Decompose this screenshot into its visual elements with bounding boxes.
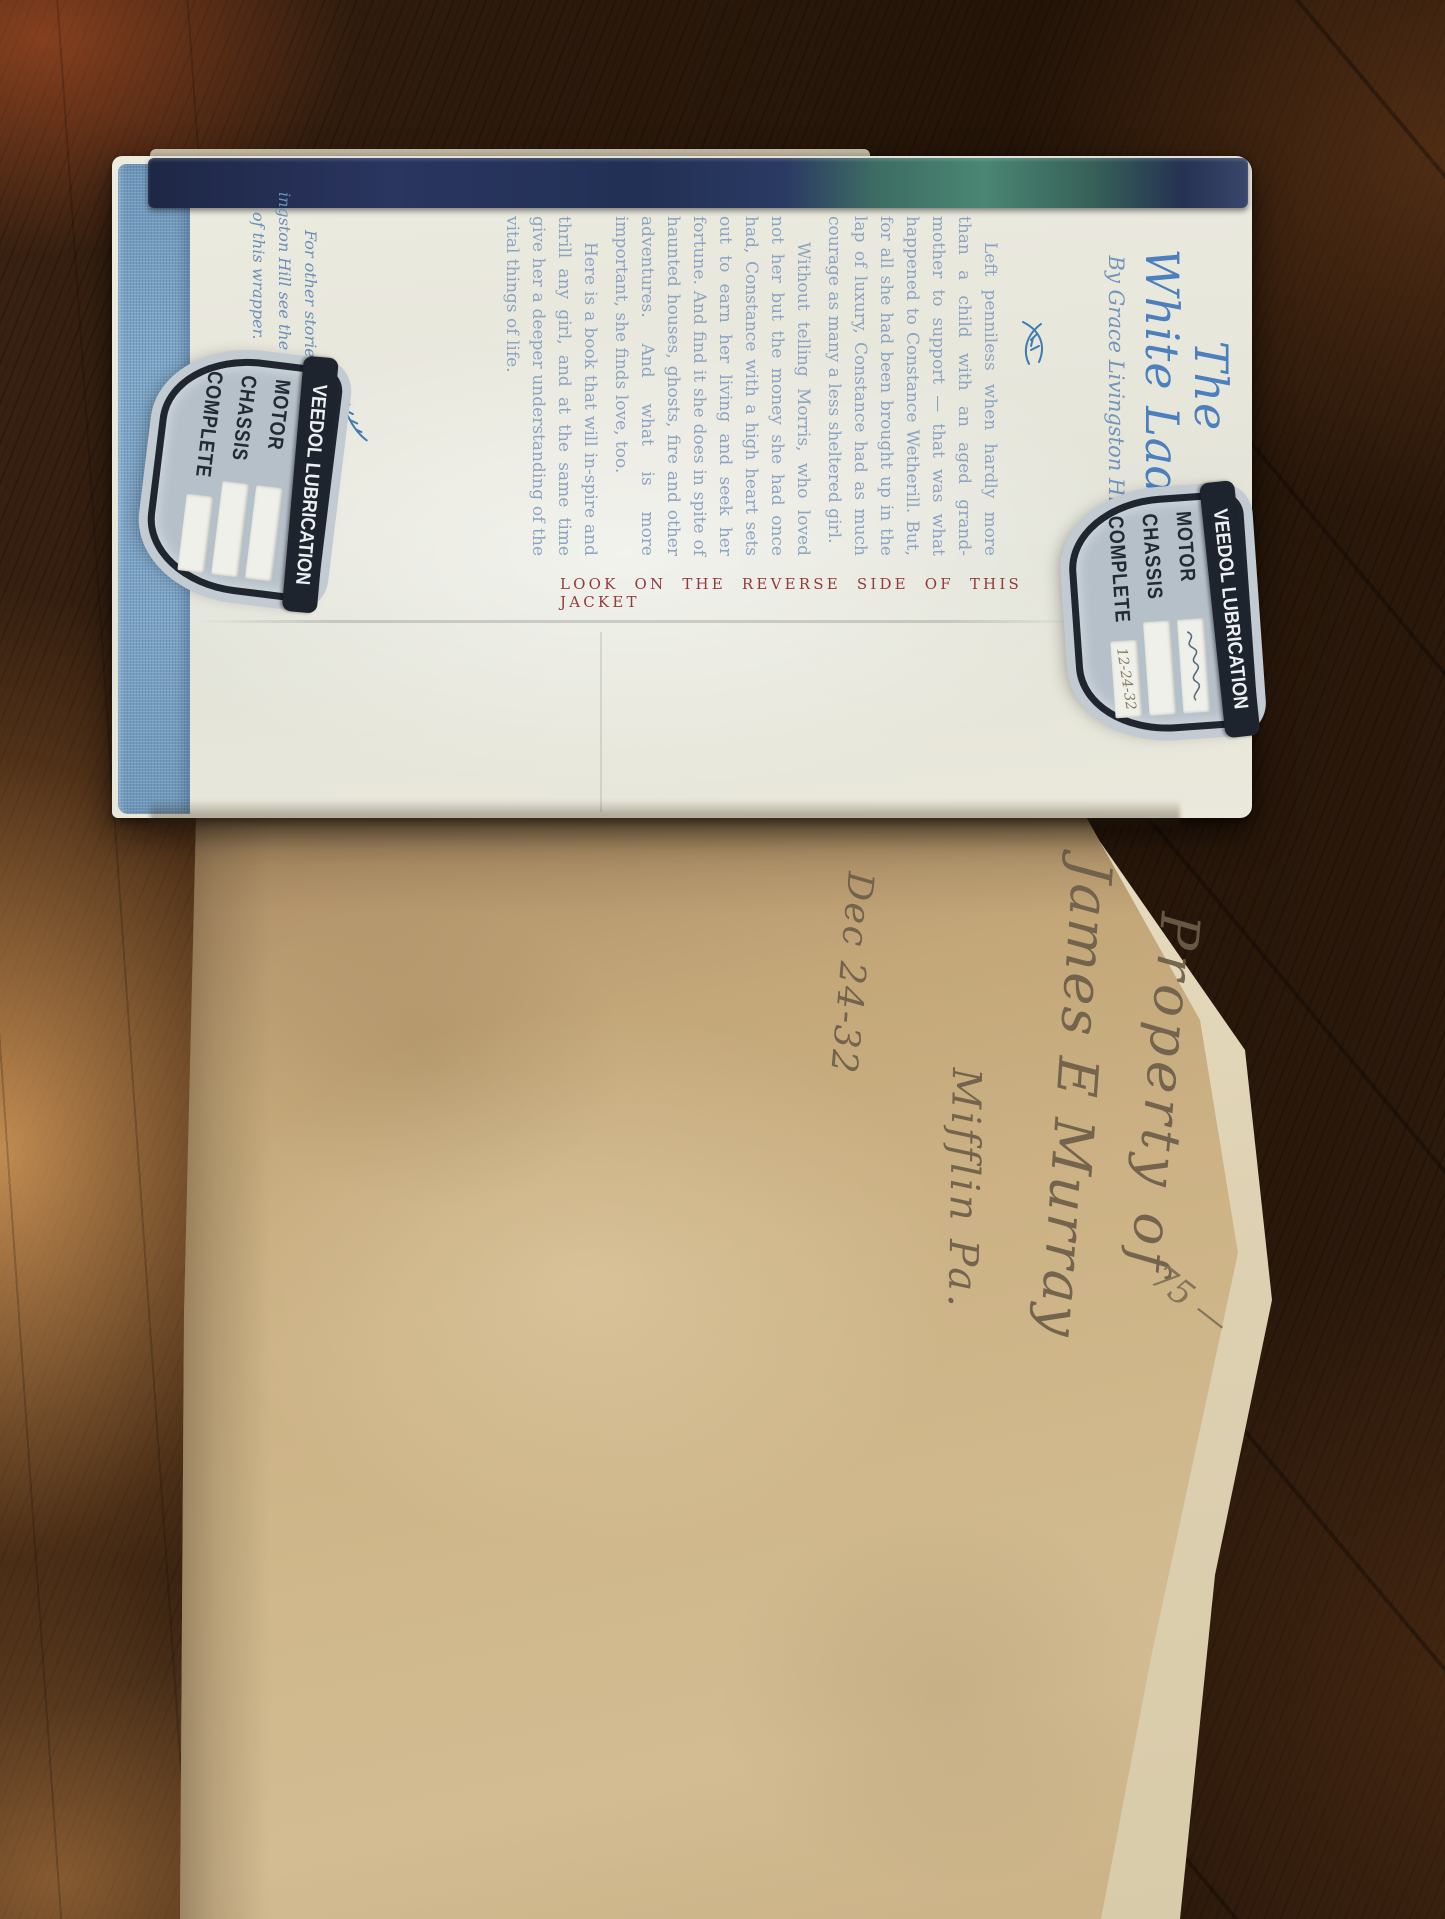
fill-in-box xyxy=(245,485,283,582)
jacket-flap-printed-text: The White Lady By Grace Livingston Hill … xyxy=(190,196,1235,576)
flap-paragraph: Here is a book that will in-spire and th… xyxy=(499,216,603,556)
flap-paragraph: Without telling Morris, who loved not he… xyxy=(608,216,816,556)
owner-inscription: Property of James E Murray Mifflin Pa. D… xyxy=(714,824,1205,1447)
sticker-rows: MOTOR CHASSIS COMPLETE xyxy=(177,370,296,582)
jacket-bottom-shadow xyxy=(150,800,1180,830)
fill-in-box xyxy=(1177,618,1210,714)
sticker-row-complete: COMPLETE 12-24-32 xyxy=(1102,515,1143,718)
fill-in-box xyxy=(211,481,249,578)
ink-scribble-icon xyxy=(1180,625,1208,706)
photo-open-book-on-wood-table: Property of James E Murray Mifflin Pa. D… xyxy=(0,0,1445,1919)
veedol-brand-label: VEEDOL LUBRICATION xyxy=(1208,508,1252,711)
fill-in-box xyxy=(177,493,213,573)
inscription-line: James E Murray xyxy=(1027,858,1124,1340)
flap-fold-crease xyxy=(195,620,1085,623)
inscription-line: Mifflin Pa. xyxy=(939,1067,989,1310)
flap-blurb: Left penniless when hardly more than a c… xyxy=(499,216,1003,556)
reverse-side-notice: LOOK ON THE REVERSE SIDE OF THIS JACKET xyxy=(560,575,1040,611)
jacket-crease xyxy=(600,632,602,812)
pencil-date: 12-24-32 xyxy=(1114,647,1140,712)
fill-in-box: 12-24-32 xyxy=(1110,639,1142,718)
sticker-row-chassis: CHASSIS xyxy=(1135,513,1176,716)
inscription-line: Dec 24-32 xyxy=(822,870,881,1076)
sticker-rows: MOTOR CHASSIS COMPLETE 12-24-32 xyxy=(1102,510,1211,718)
fill-in-box xyxy=(1143,620,1176,716)
flap-paragraph: Left penniless when hardly more than a c… xyxy=(821,216,1003,556)
flourish-ornament-icon xyxy=(1013,314,1053,370)
veedol-sticker-right: VEEDOL LUBRICATION MOTOR CHASSIS COMPLET… xyxy=(1064,490,1258,738)
